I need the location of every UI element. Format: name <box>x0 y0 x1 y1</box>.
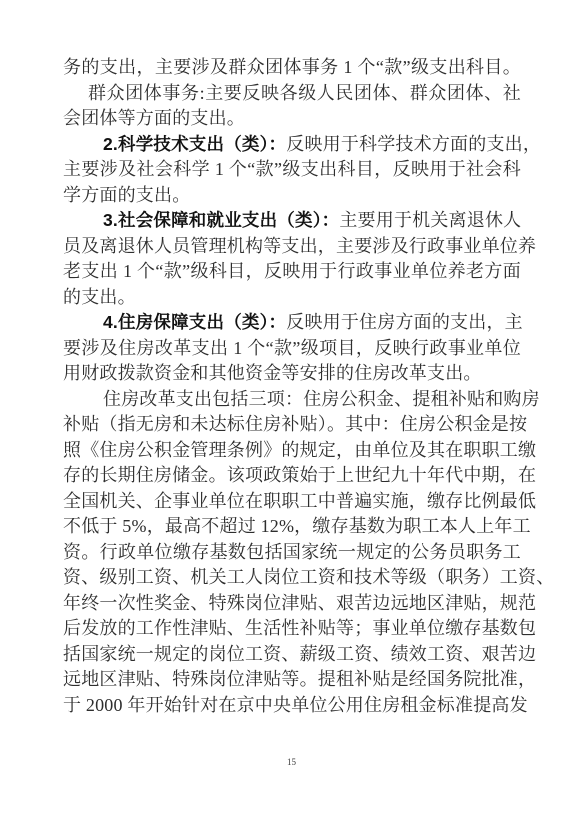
line-text: 反映用于住房方面的支出，主 <box>286 312 523 332</box>
text-line: 要涉及住房改革支出 1 个“款”级项目，反映行政事业单位 <box>63 336 521 362</box>
line-text: 年终一次性奖金、特殊岗位津贴、艰苦边远地区津贴，规范 <box>63 593 536 613</box>
text-line: 员及离退休人员管理机构等支出，主要涉及行政事业单位养 <box>63 234 521 260</box>
text-line: 主要涉及社会科学 1 个“款”级支出科目，反映用于社会科 <box>63 157 521 183</box>
line-text: 存的长期住房储金。该项政策始于上世纪九十年代中期，在 <box>63 465 536 485</box>
text-line: 照《住房公积金管理条例》的规定，由单位及其在职职工缴 <box>63 438 521 464</box>
line-text: 住房改革支出包括三项：住房公积金、提租补贴和购房 <box>103 389 540 409</box>
text-line: 会团体等方面的支出。 <box>63 106 521 132</box>
text-line: 后发放的工作性津贴、生活性补贴等；事业单位缴存基数包 <box>63 616 521 642</box>
text-line: 用财政拨款资金和其他资金等安排的住房改革支出。 <box>63 361 521 387</box>
text-line-heading: 3.社会保障和就业支出（类）：主要用于机关离退休人 <box>63 208 521 234</box>
text-line: 群众团体事务:主要反映各级人民团体、群众团体、社 <box>63 81 521 107</box>
line-text: 主要涉及社会科学 1 个“款”级支出科目，反映用于社会科 <box>63 159 521 179</box>
line-text: 老支出 1 个“款”级科目，反映用于行政事业单位养老方面 <box>63 261 521 281</box>
text-line-heading: 4.住房保障支出（类）：反映用于住房方面的支出，主 <box>63 310 521 336</box>
text-line: 于 2000 年开始针对在京中央单位公用住房租金标准提高发 <box>63 693 521 719</box>
line-text: 主要用于机关离退休人 <box>339 210 521 230</box>
heading-label: 2.科学技术支出（类）： <box>103 134 286 154</box>
line-text: 资、级别工资、机关工人岗位工资和技术等级（职务）工资、 <box>63 567 554 587</box>
line-text: 用财政拨款资金和其他资金等安排的住房改革支出。 <box>63 363 482 383</box>
page-number: 15 <box>0 757 583 767</box>
document-page: 务的支出，主要涉及群众团体事务 1 个“款”级支出科目。 群众团体事务:主要反映… <box>0 0 583 815</box>
heading-label: 4.住房保障支出（类）： <box>103 312 286 332</box>
line-text: 后发放的工作性津贴、生活性补贴等；事业单位缴存基数包 <box>63 618 536 638</box>
text-line: 资。行政单位缴存基数包括国家统一规定的公务员职务工 <box>63 540 521 566</box>
text-line: 远地区津贴、特殊岗位津贴等。提租补贴是经国务院批准， <box>63 667 521 693</box>
line-text: 的支出。 <box>63 287 136 307</box>
line-text: 于 2000 年开始针对在京中央单位公用住房租金标准提高发 <box>63 695 528 715</box>
document-body: 务的支出，主要涉及群众团体事务 1 个“款”级支出科目。 群众团体事务:主要反映… <box>63 55 521 718</box>
heading-label: 3.社会保障和就业支出（类）： <box>103 210 339 230</box>
text-line: 住房改革支出包括三项：住房公积金、提租补贴和购房 <box>63 387 521 413</box>
text-line: 务的支出，主要涉及群众团体事务 1 个“款”级支出科目。 <box>63 55 521 81</box>
line-text: 资。行政单位缴存基数包括国家统一规定的公务员职务工 <box>63 542 521 562</box>
text-line: 存的长期住房储金。该项政策始于上世纪九十年代中期，在 <box>63 463 521 489</box>
text-line: 年终一次性奖金、特殊岗位津贴、艰苦边远地区津贴，规范 <box>63 591 521 617</box>
line-text: 学方面的支出。 <box>63 185 190 205</box>
line-text: 员及离退休人员管理机构等支出，主要涉及行政事业单位养 <box>63 236 536 256</box>
text-line: 学方面的支出。 <box>63 183 521 209</box>
text-line: 的支出。 <box>63 285 521 311</box>
text-line: 老支出 1 个“款”级科目，反映用于行政事业单位养老方面 <box>63 259 521 285</box>
line-text: 会团体等方面的支出。 <box>63 108 245 128</box>
line-text: 要涉及住房改革支出 1 个“款”级项目，反映行政事业单位 <box>63 338 521 358</box>
line-text: 全国机关、企事业单位在职职工中普遍实施，缴存比例最低 <box>63 491 536 511</box>
line-text: 括国家统一规定的岗位工资、薪级工资、绩效工资、艰苦边 <box>63 644 536 664</box>
text-line: 全国机关、企事业单位在职职工中普遍实施，缴存比例最低 <box>63 489 521 515</box>
text-line-heading: 2.科学技术支出（类）：反映用于科学技术方面的支出， <box>63 132 521 158</box>
line-text: 补贴（指无房和未达标住房补贴）。其中：住房公积金是按 <box>63 414 527 434</box>
line-text: 远地区津贴、特殊岗位津贴等。提租补贴是经国务院批准， <box>63 669 536 689</box>
text-line: 补贴（指无房和未达标住房补贴）。其中：住房公积金是按 <box>63 412 521 438</box>
line-text: 务的支出，主要涉及群众团体事务 1 个“款”级支出科目。 <box>63 57 521 77</box>
line-text: 照《住房公积金管理条例》的规定，由单位及其在职职工缴 <box>63 440 536 460</box>
line-text: 群众团体事务:主要反映各级人民团体、群众团体、社 <box>88 83 521 103</box>
text-line: 不低于 5%，最高不超过 12%，缴存基数为职工本人上年工 <box>63 514 521 540</box>
text-line: 括国家统一规定的岗位工资、薪级工资、绩效工资、艰苦边 <box>63 642 521 668</box>
text-line: 资、级别工资、机关工人岗位工资和技术等级（职务）工资、 <box>63 565 521 591</box>
line-text: 反映用于科学技术方面的支出， <box>286 134 541 154</box>
line-text: 不低于 5%，最高不超过 12%，缴存基数为职工本人上年工 <box>63 516 531 536</box>
